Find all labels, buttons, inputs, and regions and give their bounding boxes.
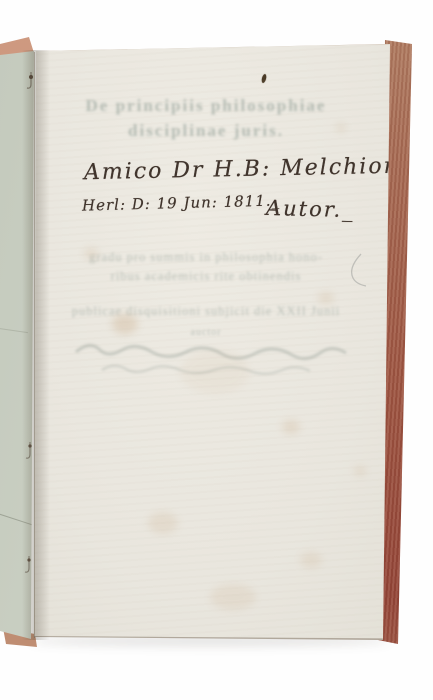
- gutter-fold-shadow: [22, 50, 50, 640]
- binding-stitch: [24, 556, 34, 576]
- binding-stitch: [26, 72, 36, 92]
- book-photograph: De principiis philosophiae disciplinae j…: [0, 0, 433, 700]
- paper-grain: [0, 0, 433, 700]
- binding-stitch: [25, 442, 35, 462]
- gutter-fold-line: [34, 52, 35, 638]
